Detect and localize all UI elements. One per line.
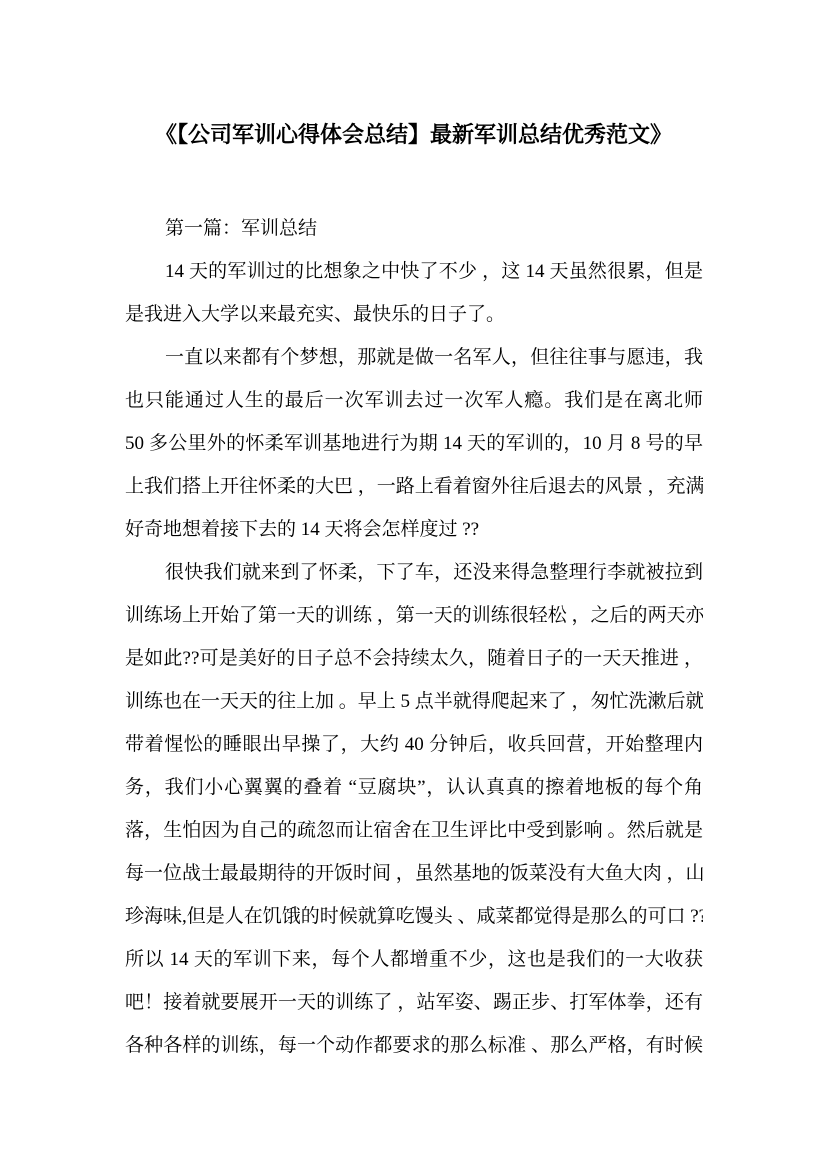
text-line: 务，我们小心翼翼的叠着 “豆腐块”，认认真真的擦着地板的每个角 [125, 766, 703, 809]
text-line: 上我们搭上开往怀柔的大巴 ，一路上看着窗外往后退去的风景 ，充满 [125, 465, 703, 508]
text-line: 是我进入大学以来最充实、最快乐的日子了。 [125, 293, 703, 336]
text-line: 落，生怕因为自己的疏忽而让宿舍在卫生评比中受到影响 。然后就是 [125, 809, 703, 852]
text-line: 一直以来都有个梦想，那就是做一名军人，但往往事与愿违，我 [125, 336, 703, 379]
text-line: 吧！接着就要展开一天的训练了 ，站军姿、踢正步、打军体拳，还有 [125, 981, 703, 1024]
text-line: 训练也在一天天的往上加 。早上 5 点半就得爬起来了 ，匆忙洗漱后就 [125, 680, 703, 723]
text-line: 是如此??可是美好的日子总不会持续太久，随着日子的一天天推进 ， [125, 637, 703, 680]
text-line: 好奇地想着接下去的 14 天将会怎样度过 ?? [125, 508, 703, 551]
text-line: 珍海味,但是人在饥饿的时候就算吃馒头 、咸菜都觉得是那么的可口 ?? [125, 895, 703, 938]
text-line: 所以 14 天的军训下来，每个人都增重不少，这也是我们的一大收获 [125, 938, 703, 981]
text-line: 14 天的军训过的比想象之中快了不少 ，这 14 天虽然很累，但是 [125, 250, 703, 293]
text-line: 也只能通过人生的最后一次军训去过一次军人瘾。我们是在离北师 [125, 379, 703, 422]
text-line: 每一位战士最最期待的开饭时间 ，虽然基地的饭菜没有大鱼大肉 ，山 [125, 852, 703, 895]
text-line: 训练场上开始了第一天的训练 ，第一天的训练很轻松 ，之后的两天亦 [125, 594, 703, 637]
text-line: 50 多公里外的怀柔军训基地进行为期 14 天的军训的，10 月 8 号的早 [125, 422, 703, 465]
text-line: 很快我们就来到了怀柔，下了车，还没来得急整理行李就被拉到 [125, 551, 703, 594]
text-line: 各种各样的训练，每一个动作都要求的那么标准 、那么严格，有时候 [125, 1024, 703, 1067]
text-block: 第一篇：军训总结14 天的军训过的比想象之中快了不少 ，这 14 天虽然很累，但… [125, 207, 703, 1067]
document-title: 《【公司军训心得体会总结】最新军训总结优秀范文》 [0, 120, 827, 150]
document-page: 《【公司军训心得体会总结】最新军训总结优秀范文》 第一篇：军训总结14 天的军训… [0, 0, 827, 1170]
text-line: 带着惺忪的睡眼出早操了，大约 40 分钟后，收兵回营，开始整理内 [125, 723, 703, 766]
heading-line: 第一篇：军训总结 [125, 207, 703, 250]
